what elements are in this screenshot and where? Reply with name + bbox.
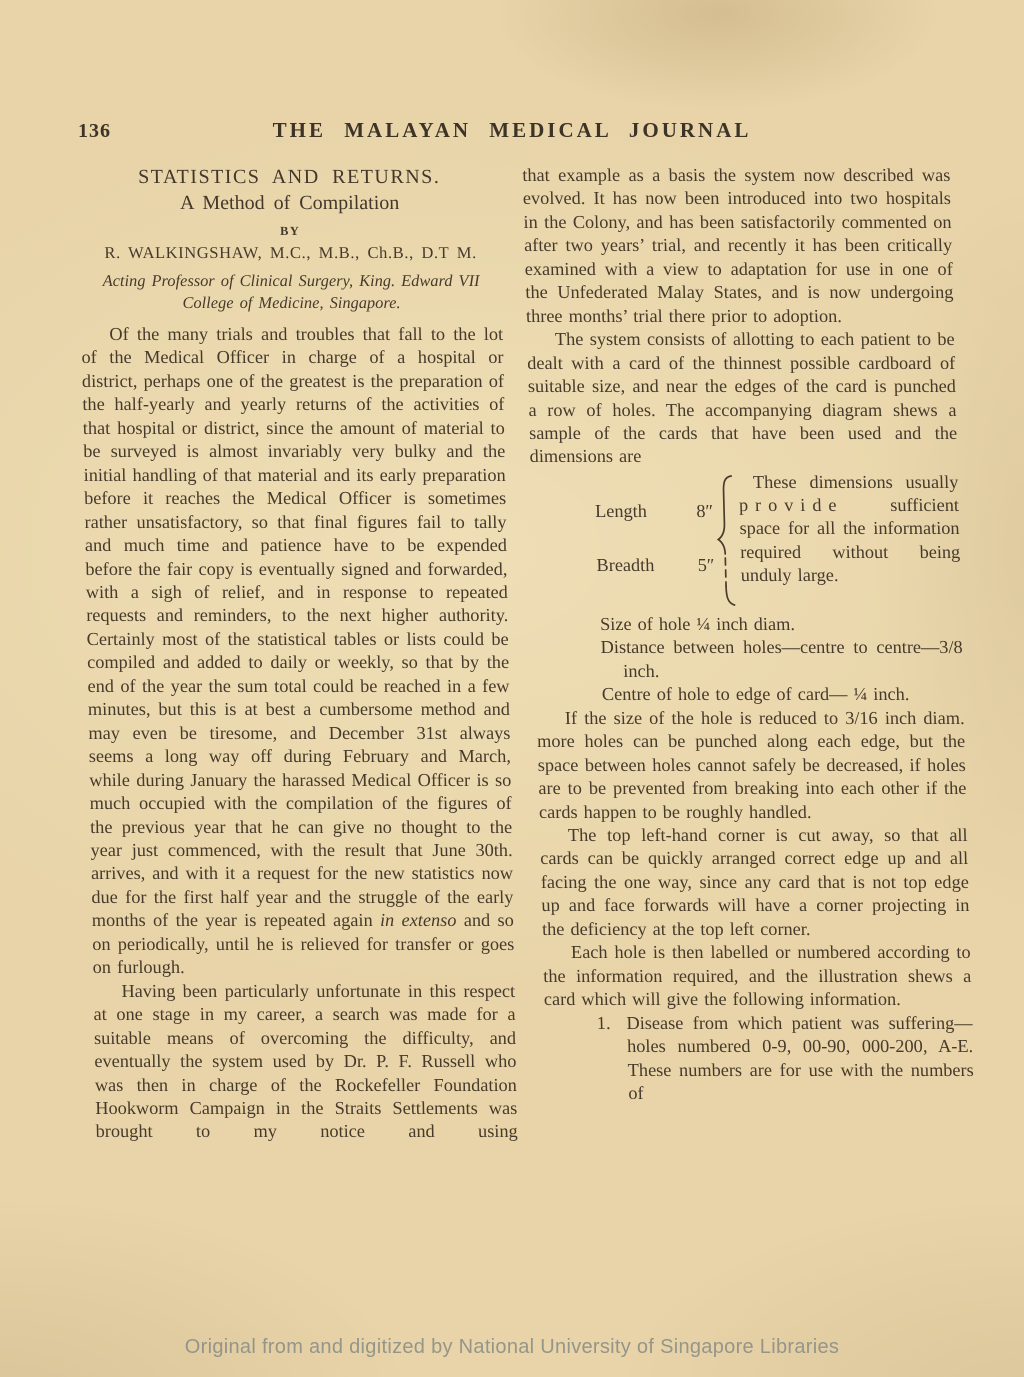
paragraph-continuation: that example as a basis the system now d… [522, 164, 954, 328]
spec-hole-edge: Centre of hole to edge of card— ¼ inch. [602, 683, 965, 706]
right-column: that example as a basis the system now d… [522, 164, 975, 1105]
article-subtitle: A Method of Compilation [78, 192, 500, 215]
article-title: STATISTICS AND RETURNS. [78, 166, 500, 189]
dimensions-note: These dimensions usually provide suffici… [738, 471, 962, 611]
spec-hole-size: Size of hole ¼ inch diam. [600, 613, 963, 636]
paragraph-intro-text-a: Of the many trials and troubles that fal… [81, 324, 513, 930]
dimensions-note-spaced-word: provide [739, 495, 844, 515]
list-item-number: 1. [590, 1012, 612, 1106]
length-label: Length [595, 501, 647, 522]
dimension-breadth: Breadth 5″ [596, 555, 715, 576]
breadth-value: 5″ [697, 555, 714, 576]
paragraph-labelling: Each hole is then labelled or numbered a… [542, 941, 972, 1011]
dimensions-note-a: These dimensions usually [753, 472, 959, 492]
journal-page-scan: 136 THE MALAYAN MEDICAL JOURNAL STATISTI… [0, 0, 1024, 1377]
paragraph-corner-cut: The top left-hand corner is cut away, so… [539, 824, 970, 941]
dimension-labels: Length 8″ Breadth 5″ [594, 471, 716, 611]
page-number: 136 [78, 120, 111, 143]
author-name: R. WALKINGSHAW, M.C., M.B., Ch.B., D.T M… [79, 243, 501, 263]
dimensions-figure: Length 8″ Breadth 5″ These dimensions us… [594, 471, 962, 611]
journal-title: THE MALAYAN MEDICAL JOURNAL [0, 118, 1024, 143]
paragraph-hole-reduction: If the size of the hole is reduced to 3/… [536, 707, 967, 824]
latin-phrase: in extenso [380, 910, 457, 930]
brace-glyph [712, 471, 742, 611]
digitization-watermark: Original from and digitized by National … [0, 1336, 1024, 1359]
article-head: STATISTICS AND RETURNS. A Method of Comp… [78, 166, 503, 314]
length-value: 8″ [696, 501, 713, 522]
breadth-label: Breadth [596, 555, 654, 576]
left-column: STATISTICS AND RETURNS. A Method of Comp… [78, 166, 518, 1144]
list-item-disease: 1. Disease from which patient was suffer… [590, 1012, 974, 1106]
paragraph-system: The system consists of allotting to each… [526, 328, 958, 469]
list-item-text: Disease from which patient was suffering… [626, 1012, 974, 1106]
paragraph-having-been: Having been particularly unfortunate in … [93, 980, 518, 1144]
byline-label: BY [79, 224, 501, 239]
spec-hole-distance: Distance between holes—centre to centre—… [600, 636, 963, 683]
dimension-length: Length 8″ [595, 501, 714, 522]
page-header: 136 THE MALAYAN MEDICAL JOURNAL [0, 118, 1024, 152]
paragraph-intro: Of the many trials and troubles that fal… [81, 323, 515, 980]
author-affiliation: Acting Professor of Clinical Surgery, Ki… [80, 270, 503, 314]
